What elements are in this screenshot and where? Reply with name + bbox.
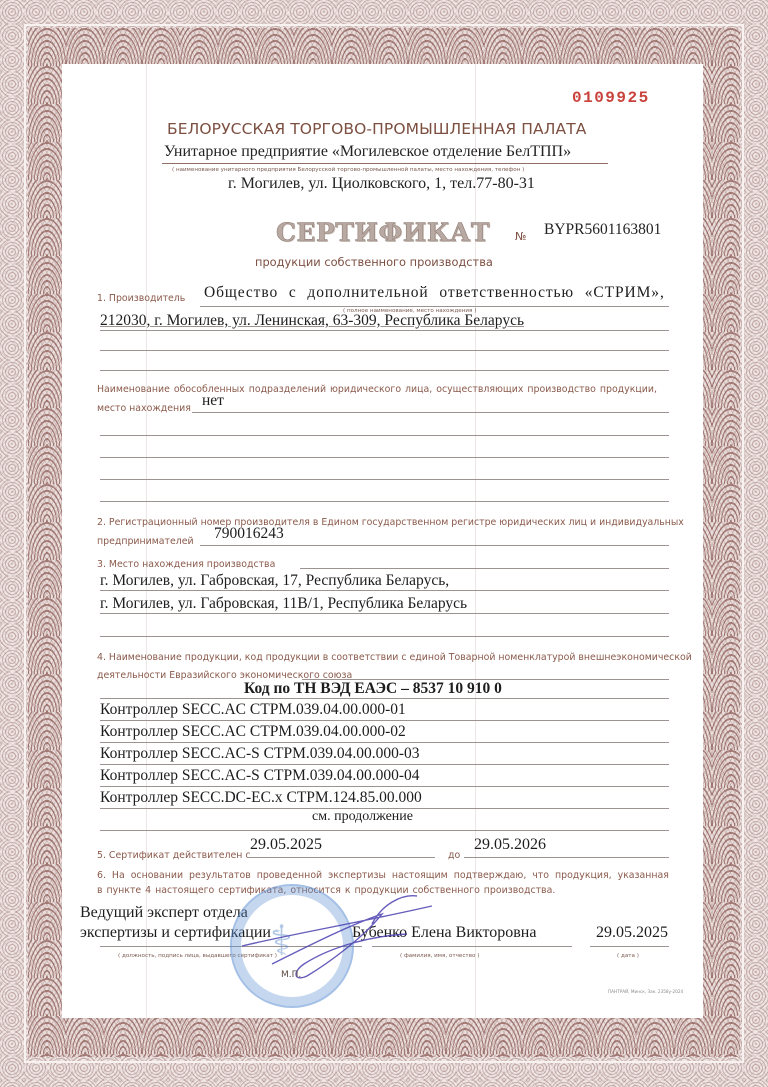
field-line bbox=[100, 830, 669, 831]
field-line bbox=[100, 501, 669, 502]
producer-address: 212030, г. Могилев, ул. Ленинская, 63-30… bbox=[100, 312, 524, 330]
valid-to-label: до bbox=[448, 850, 460, 861]
number-sign: № bbox=[515, 230, 526, 243]
issuer-address: г. Могилев, ул. Циолковского, 1, тел.77-… bbox=[228, 175, 535, 193]
signatory-position: Ведущий эксперт отдела bbox=[80, 904, 248, 922]
field-line bbox=[590, 946, 669, 947]
issuer-organization-caption: ( наименование унитарного предприятия Бе… bbox=[172, 167, 524, 173]
field-line bbox=[100, 636, 669, 637]
field-line bbox=[247, 857, 435, 858]
subdivisions-value: нет bbox=[202, 392, 224, 410]
producer-name: Общество с дополнительной ответственност… bbox=[204, 284, 665, 302]
certificate-subtitle: продукции собственного производства bbox=[255, 255, 493, 269]
subdivisions-label-2: место нахождения bbox=[97, 403, 191, 414]
field-line bbox=[100, 698, 669, 699]
production-location-1: г. Могилев, ул. Габровская, 17, Республи… bbox=[100, 572, 449, 590]
field-line bbox=[100, 330, 669, 331]
subdivisions-label: Наименование обособленных подразделений … bbox=[97, 384, 657, 395]
confirmation-text: 6. На основании результатов проведенной … bbox=[97, 870, 669, 881]
field-line bbox=[100, 457, 669, 458]
producer-label: 1. Производитель bbox=[97, 293, 185, 304]
field-line bbox=[192, 412, 669, 413]
product-item: Контроллер SECC.AC СТРМ.039.04.00.000-02 bbox=[100, 723, 406, 741]
product-item: Контроллер SECC.AC-S СТРМ.039.04.00.000-… bbox=[100, 767, 420, 785]
hs-code: Код по ТН ВЭД ЕАЭС – 8537 10 910 0 bbox=[244, 680, 502, 698]
validity-label: 5. Сертификат действителен с bbox=[97, 850, 251, 861]
printer-note: ПАНТРАЙ, Минск, Зак. 2358у-2024 bbox=[608, 989, 683, 994]
field-line bbox=[100, 479, 669, 480]
field-line bbox=[200, 545, 669, 546]
product-item: Контроллер SECC.DC-EC.x СТРМ.124.85.00.0… bbox=[100, 789, 422, 807]
field-line bbox=[100, 742, 669, 743]
field-line bbox=[100, 435, 669, 436]
continuation-note: см. продолжение bbox=[312, 809, 413, 825]
registration-label-2: предпринимателей bbox=[97, 536, 194, 547]
registration-number: 790016243 bbox=[214, 525, 284, 543]
registration-label: 2. Регистрационный номер производителя в… bbox=[97, 517, 684, 528]
certificate-page: 0109925 БЕЛОРУССКАЯ ТОРГОВО-ПРОМЫШЛЕННАЯ… bbox=[62, 64, 703, 1018]
product-item: Контроллер SECC.AC СТРМ.039.04.00.000-01 bbox=[100, 701, 406, 719]
field-line bbox=[100, 590, 669, 591]
divider bbox=[162, 163, 608, 164]
chamber-name: БЕЛОРУССКАЯ ТОРГОВО-ПРОМЫШЛЕННАЯ ПАЛАТА bbox=[167, 120, 587, 138]
valid-to-date: 29.05.2026 bbox=[474, 836, 546, 854]
issuer-organization: Унитарное предприятие «Могилевское отдел… bbox=[164, 143, 571, 161]
production-location-2: г. Могилев, ул. Габровская, 11В/1, Респу… bbox=[100, 595, 467, 613]
production-location-label: 3. Место нахождения производства bbox=[97, 559, 275, 570]
field-line bbox=[464, 857, 669, 858]
product-label: 4. Наименование продукции, код продукции… bbox=[97, 652, 692, 663]
product-item: Контроллер SECC.AC-S СТРМ.039.04.00.000-… bbox=[100, 745, 420, 763]
certificate-number: BYPR5601163801 bbox=[544, 221, 661, 239]
valid-from-date: 29.05.2025 bbox=[250, 836, 322, 854]
date-caption: ( дата ) bbox=[617, 953, 639, 959]
field-line bbox=[100, 764, 669, 765]
field-line bbox=[100, 370, 669, 371]
certificate-title: СЕРТИФИКАТ bbox=[276, 218, 490, 247]
field-line bbox=[100, 350, 669, 351]
field-line bbox=[100, 613, 669, 614]
signature bbox=[232, 884, 452, 994]
field-line bbox=[300, 568, 669, 569]
field-line bbox=[100, 786, 669, 787]
serial-number: 0109925 bbox=[572, 89, 650, 107]
signature-date: 29.05.2025 bbox=[596, 924, 668, 942]
field-line bbox=[100, 720, 669, 721]
stamp-label: М.П. bbox=[281, 970, 301, 980]
field-line bbox=[200, 306, 669, 307]
